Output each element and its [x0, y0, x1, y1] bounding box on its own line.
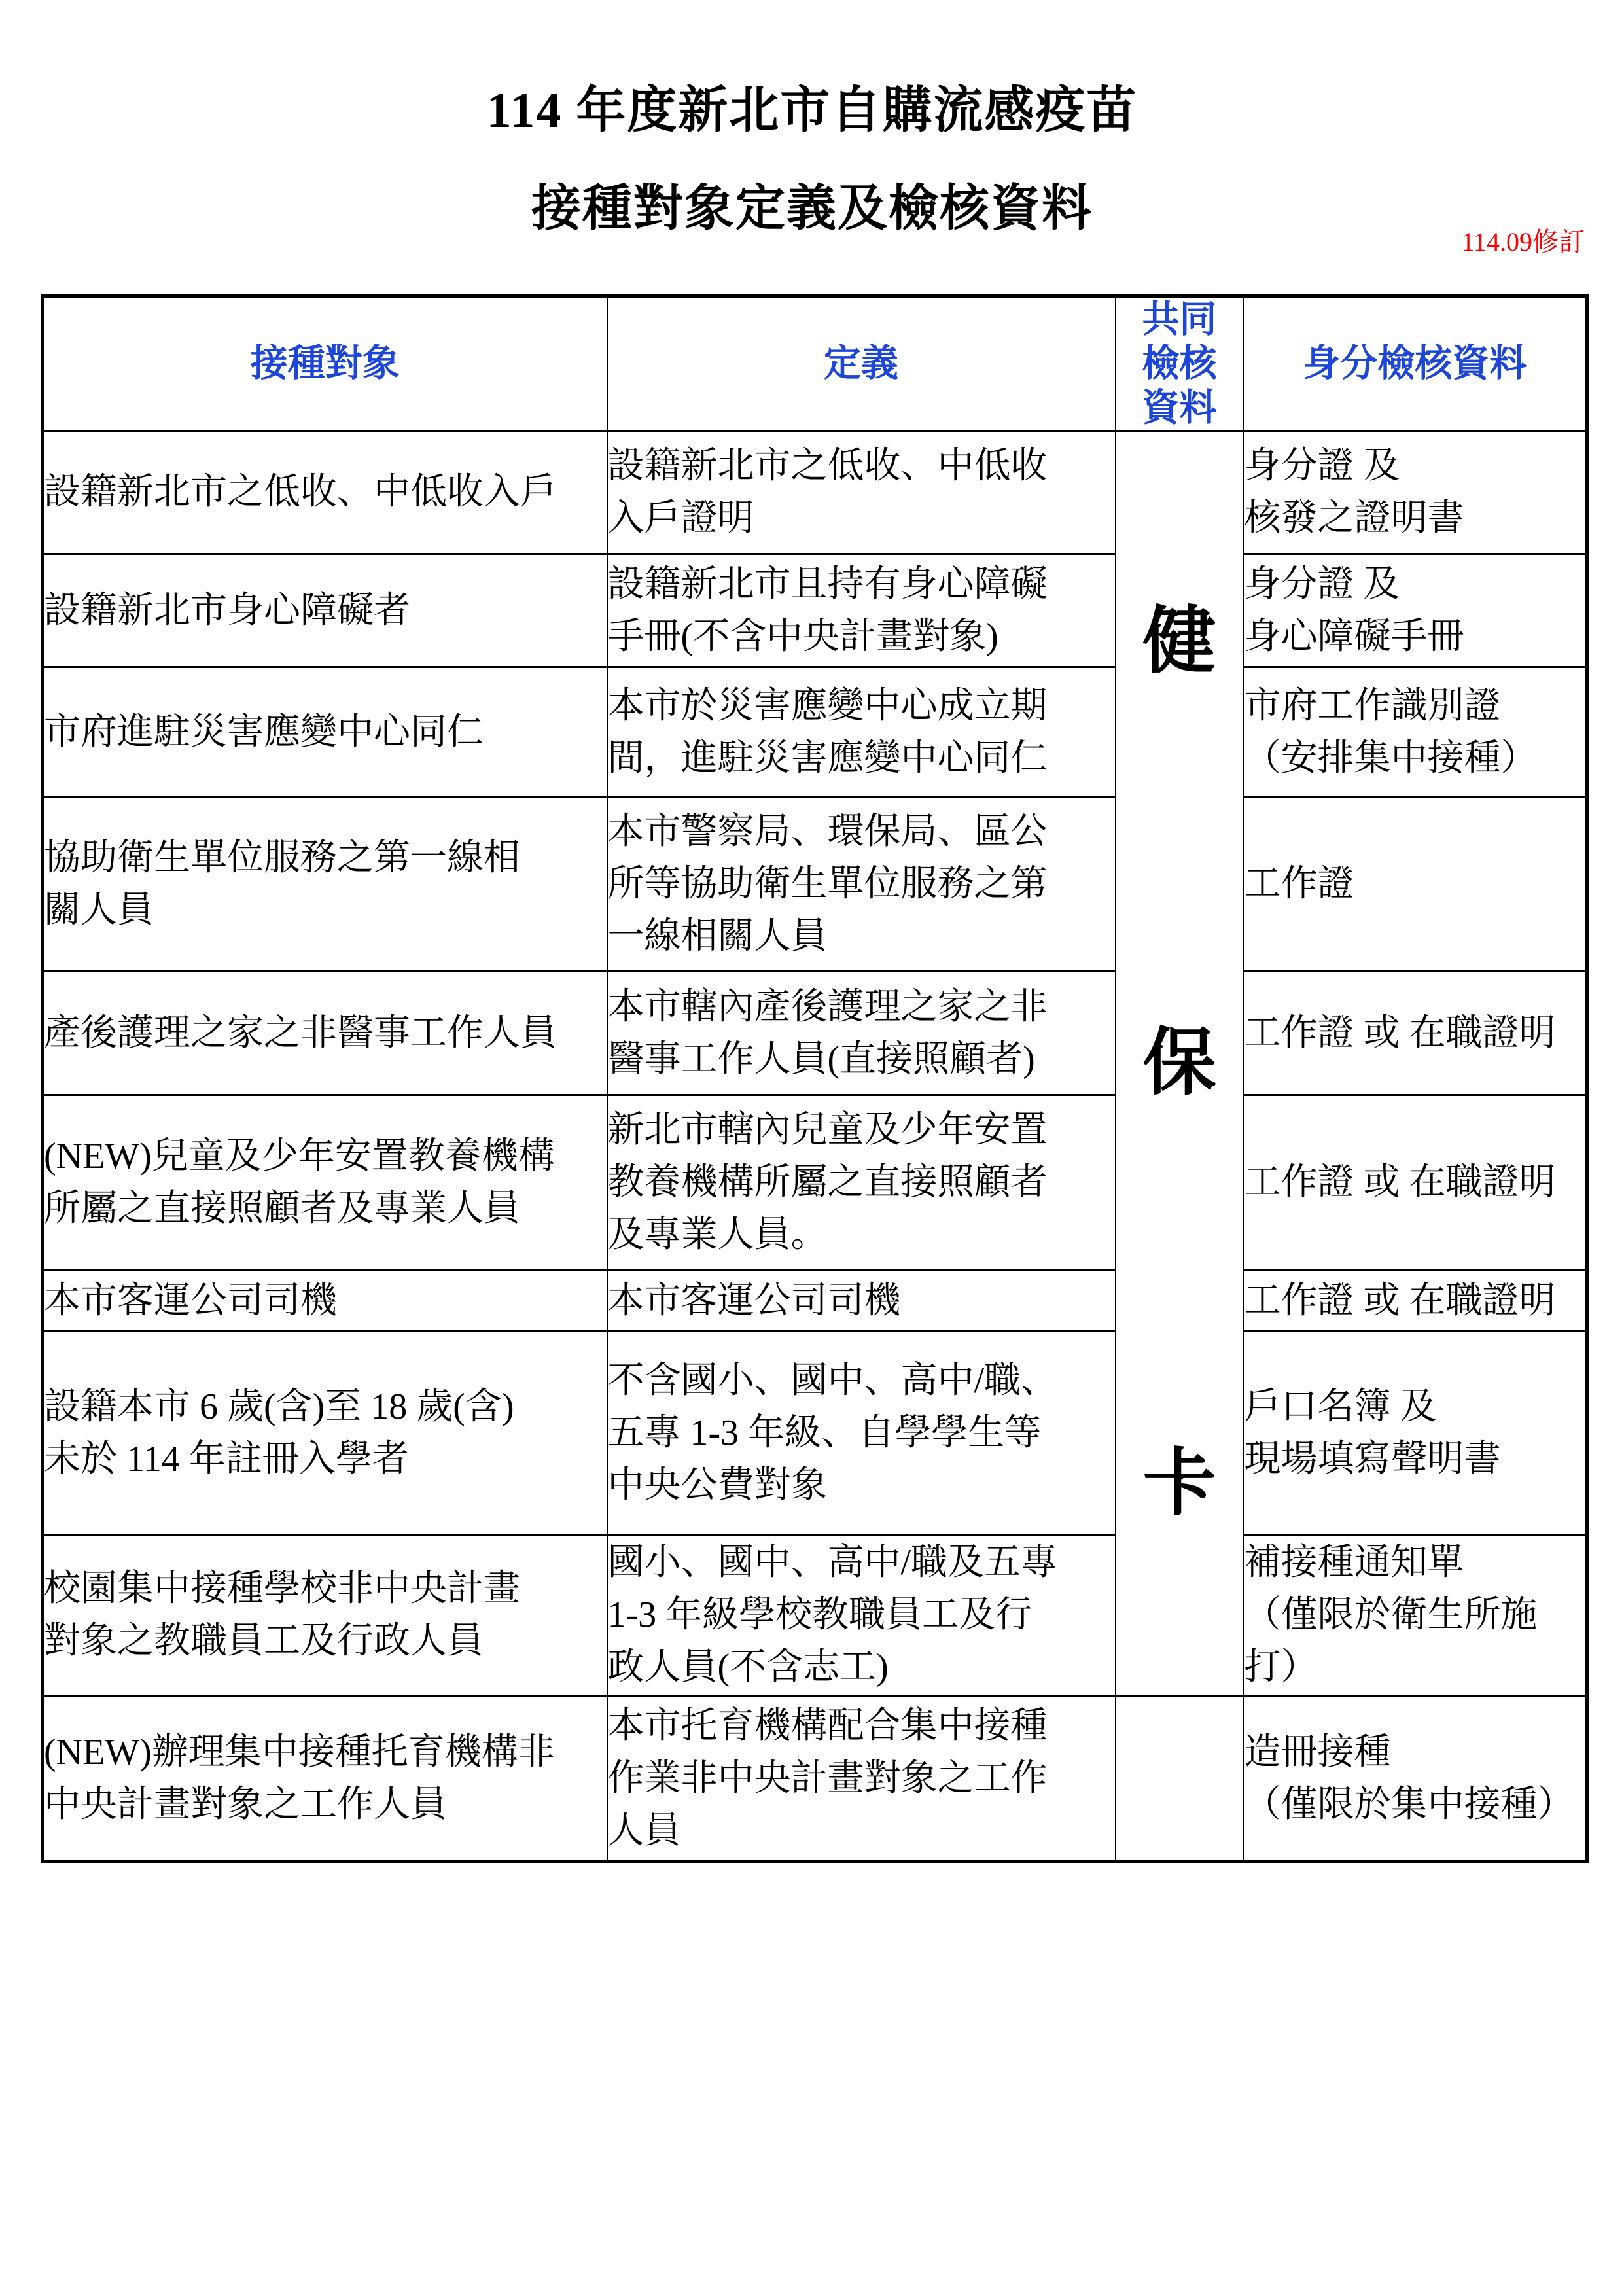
table-row: 設籍新北市身心障礙者 設籍新北市且持有身心障礙 手冊(不含中央計畫對象) 身分證… — [43, 554, 1587, 667]
target-cell: 產後護理之家之非醫事工作人員 — [43, 971, 607, 1095]
table-row: 校園集中接種學校非中央計畫 對象之教職員工及行政人員 國小、國中、高中/職及五專… — [43, 1534, 1587, 1695]
definition-cell: 本市於災害應變中心成立期 間，進駐災害應變中心同仁 — [607, 667, 1116, 797]
table-row: 設籍本市 6 歲(含)至 18 歲(含) 未於 114 年註冊入學者 不含國小、… — [43, 1332, 1587, 1535]
target-cell: 設籍本市 6 歲(含)至 18 歲(含) 未於 114 年註冊入學者 — [43, 1332, 607, 1535]
common-check-empty-cell — [1116, 1695, 1244, 1862]
vaccination-eligibility-table: 接種對象 定義 共同 檢核 資料 身分檢核資料 設籍新北市之低收、中低收入戶 設… — [41, 294, 1589, 1863]
nhi-card-char: 健 — [1143, 605, 1216, 679]
target-cell: 校園集中接種學校非中央計畫 對象之教職員工及行政人員 — [43, 1534, 607, 1695]
definition-cell: 新北市轄內兒童及少年安置 教養機構所屬之直接照顧者 及專業人員。 — [607, 1095, 1116, 1270]
revision-note: 114.09修訂 — [1461, 228, 1585, 256]
nhi-card-merged-cell: 健 保 卡 — [1116, 431, 1244, 1695]
identity-cell: 戶口名簿 及 現場填寫聲明書 — [1244, 1332, 1587, 1535]
definition-cell: 本市警察局、環保局、區公 所等協助衛生單位服務之第 一線相關人員 — [607, 797, 1116, 971]
definition-cell: 設籍新北市之低收、中低收 入戶證明 — [607, 431, 1116, 554]
header-common-check: 共同 檢核 資料 — [1116, 296, 1244, 431]
target-cell: (NEW)兒童及少年安置教養機構 所屬之直接照顧者及專業人員 — [43, 1095, 607, 1270]
table-row: (NEW)辦理集中接種托育機構非 中央計畫對象之工作人員 本市托育機構配合集中接… — [43, 1695, 1587, 1862]
definition-cell: 本市托育機構配合集中接種 作業非中央計畫對象之工作 人員 — [607, 1695, 1116, 1862]
table-row: 協助衛生單位服務之第一線相 關人員 本市警察局、環保局、區公 所等協助衛生單位服… — [43, 797, 1587, 971]
definition-cell: 本市轄內產後護理之家之非 醫事工作人員(直接照顧者) — [607, 971, 1116, 1095]
identity-cell: 工作證 或 在職證明 — [1244, 1095, 1587, 1270]
target-cell: 本市客運公司司機 — [43, 1270, 607, 1331]
target-cell: 設籍新北市身心障礙者 — [43, 554, 607, 667]
table-row: 本市客運公司司機 本市客運公司司機 工作證 或 在職證明 — [43, 1270, 1587, 1331]
target-cell: (NEW)辦理集中接種托育機構非 中央計畫對象之工作人員 — [43, 1695, 607, 1862]
document-page: 114 年度新北市自購流感疫苗 接種對象定義及檢核資料 114.09修訂 接種對… — [0, 0, 1624, 2296]
target-cell: 設籍新北市之低收、中低收入戶 — [43, 431, 607, 554]
nhi-card-char: 保 — [1143, 1027, 1216, 1100]
target-cell: 協助衛生單位服務之第一線相 關人員 — [43, 797, 607, 971]
header-definition: 定義 — [607, 296, 1116, 431]
table-row: 設籍新北市之低收、中低收入戶 設籍新北市之低收、中低收 入戶證明 健 保 卡 身… — [43, 431, 1587, 554]
definition-cell: 不含國小、國中、高中/職、 五專 1-3 年級、自學學生等 中央公費對象 — [607, 1332, 1116, 1535]
identity-cell: 身分證 及 核發之證明書 — [1244, 431, 1587, 554]
table-header-row: 接種對象 定義 共同 檢核 資料 身分檢核資料 — [43, 296, 1587, 431]
page-title-line1: 114 年度新北市自購流感疫苗 — [0, 84, 1624, 139]
definition-cell: 設籍新北市且持有身心障礙 手冊(不含中央計畫對象) — [607, 554, 1116, 667]
header-target: 接種對象 — [43, 296, 607, 431]
identity-cell: 工作證 — [1244, 797, 1587, 971]
definition-cell: 本市客運公司司機 — [607, 1270, 1116, 1331]
page-title-line2: 接種對象定義及檢核資料 — [0, 182, 1624, 237]
nhi-card-char: 卡 — [1143, 1447, 1216, 1521]
identity-cell: 造冊接種 （僅限於集中接種） — [1244, 1695, 1587, 1862]
identity-cell: 身分證 及 身心障礙手冊 — [1244, 554, 1587, 667]
target-cell: 市府進駐災害應變中心同仁 — [43, 667, 607, 797]
identity-cell: 工作證 或 在職證明 — [1244, 1270, 1587, 1331]
header-identity-check: 身分檢核資料 — [1244, 296, 1587, 431]
definition-cell: 國小、國中、高中/職及五專 1-3 年級學校教職員工及行 政人員(不含志工) — [607, 1534, 1116, 1695]
nhi-card-vertical-label: 健 保 卡 — [1116, 432, 1243, 1695]
identity-cell: 工作證 或 在職證明 — [1244, 971, 1587, 1095]
table-row: (NEW)兒童及少年安置教養機構 所屬之直接照顧者及專業人員 新北市轄內兒童及少… — [43, 1095, 1587, 1270]
table-row: 產後護理之家之非醫事工作人員 本市轄內產後護理之家之非 醫事工作人員(直接照顧者… — [43, 971, 1587, 1095]
table-row: 市府進駐災害應變中心同仁 本市於災害應變中心成立期 間，進駐災害應變中心同仁 市… — [43, 667, 1587, 797]
identity-cell: 市府工作識別證 （安排集中接種） — [1244, 667, 1587, 797]
identity-cell: 補接種通知單 （僅限於衛生所施打） — [1244, 1534, 1587, 1695]
